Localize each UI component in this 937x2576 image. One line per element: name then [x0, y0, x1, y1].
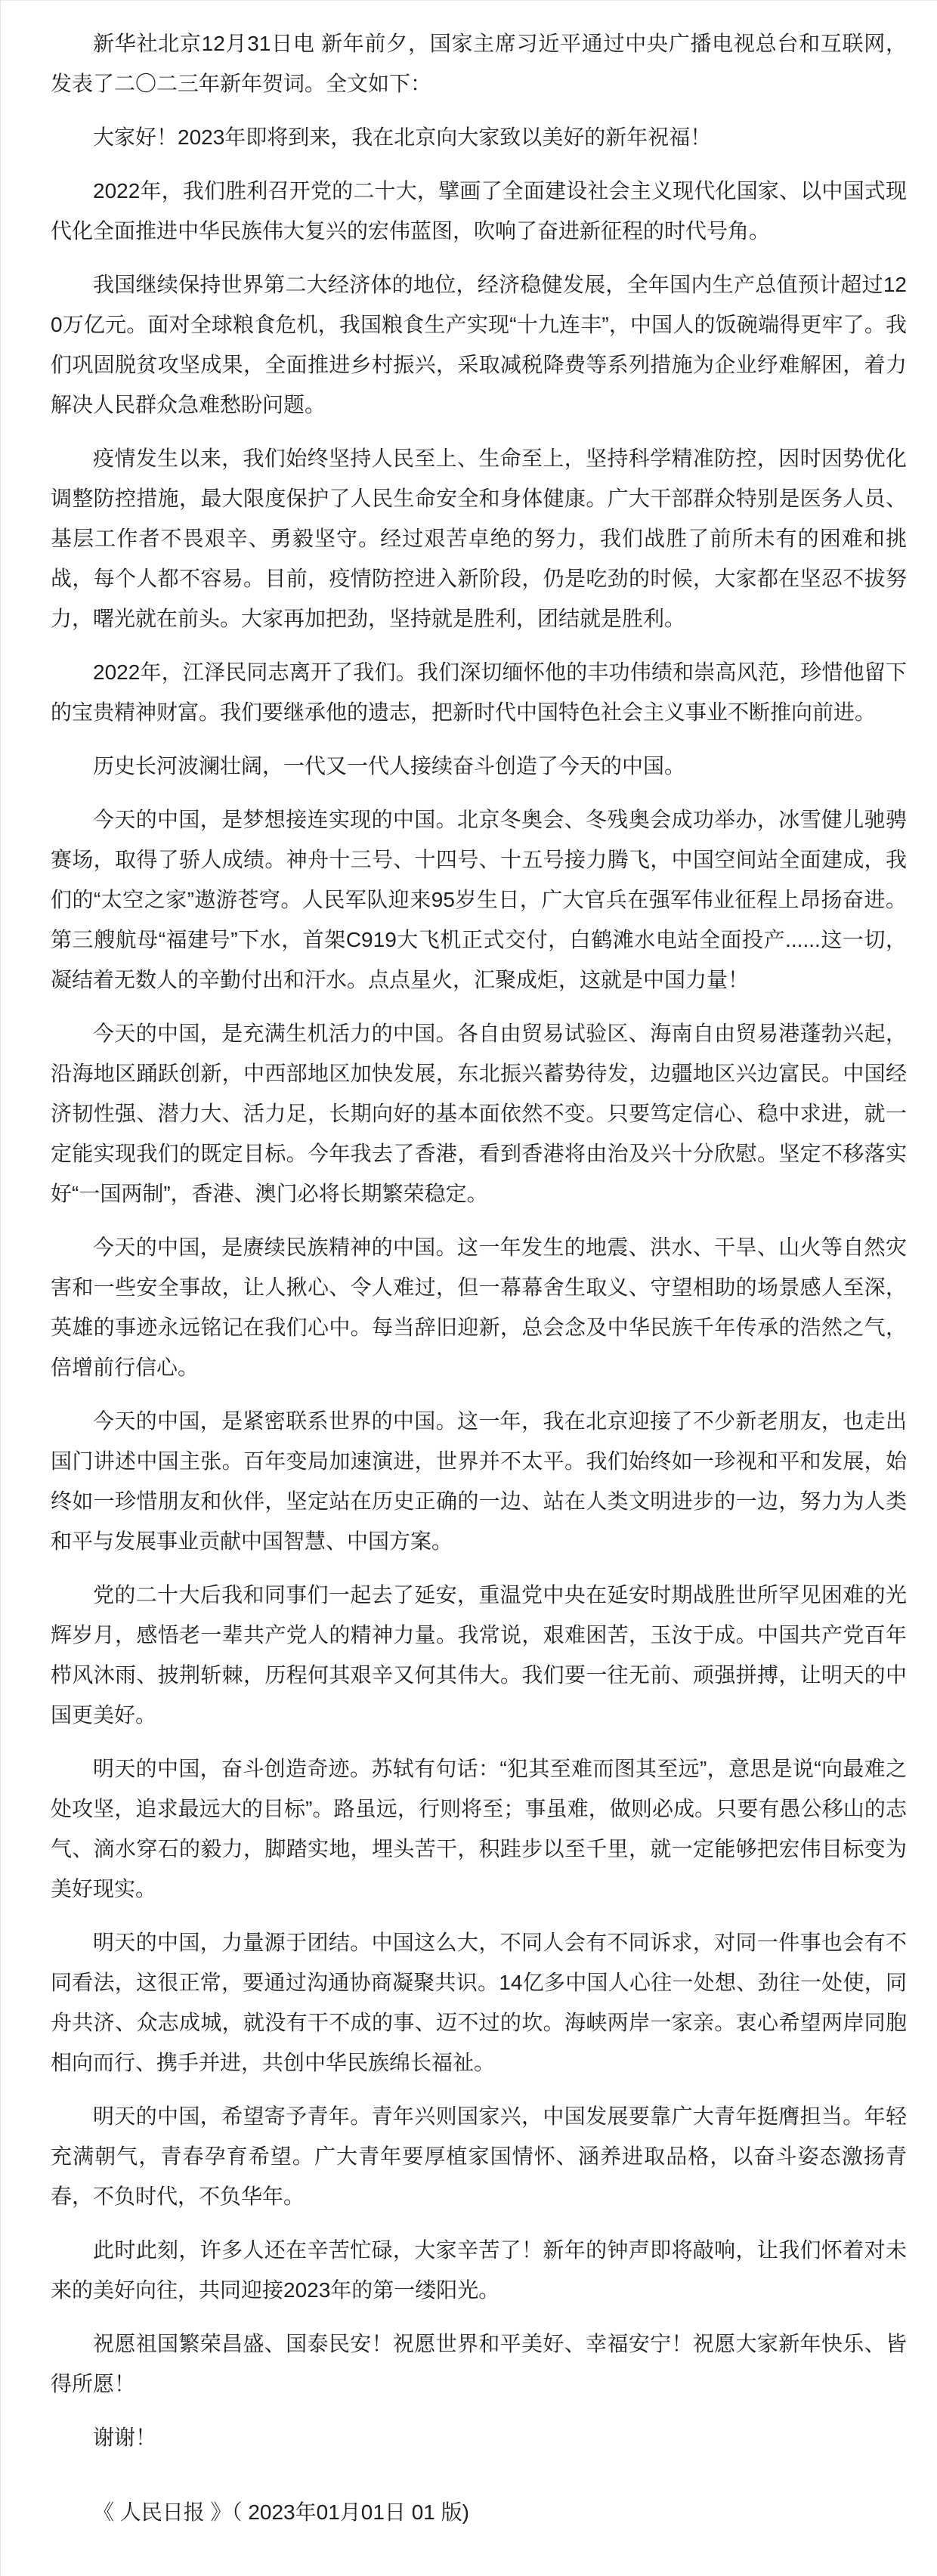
paragraph: 2022年，江泽民同志离开了我们。我们深切缅怀他的丰功伟绩和崇高风范，珍惜他留下…: [51, 652, 907, 732]
article-body: 新华社北京12月31日电 新年前夕，国家主席习近平通过中央广播电视总台和互联网，…: [51, 23, 907, 2532]
paragraph: 我国继续保持世界第二大经济体的地位，经济稳健发展，全年国内生产总值预计超过120…: [51, 264, 907, 425]
paragraph: 明天的中国，力量源于团结。中国这么大，不同人会有不同诉求，对同一件事也会有不同看…: [51, 1922, 907, 2083]
paragraph-dateline: 新华社北京12月31日电 新年前夕，国家主席习近平通过中央广播电视总台和互联网，…: [51, 23, 907, 104]
paragraph: 2022年，我们胜利召开党的二十大，擘画了全面建设社会主义现代化国家、以中国式现…: [51, 171, 907, 251]
paragraph-thanks: 谢谢！: [51, 2417, 907, 2457]
paragraph: 今天的中国，是赓续民族精神的中国。这一年发生的地震、洪水、干旱、山火等自然灾害和…: [51, 1227, 907, 1387]
paragraph: 疫情发生以来，我们始终坚持人民至上、生命至上，坚持科学精准防控，因时因势优化调整…: [51, 438, 907, 639]
paragraph: 今天的中国，是梦想接连实现的中国。北京冬奥会、冬残奥会成功举办，冰雪健儿驰骋赛场…: [51, 799, 907, 1000]
paragraph: 祝愿祖国繁荣昌盛、国泰民安！祝愿世界和平美好、幸福安宁！祝愿大家新年快乐、皆得所…: [51, 2324, 907, 2404]
paragraph: 明天的中国，希望寄予青年。青年兴则国家兴，中国发展要靠广大青年挺膺担当。年轻充满…: [51, 2096, 907, 2216]
paragraph: 此时此刻，许多人还在辛苦忙碌，大家辛苦了！新年的钟声即将敲响，让我们怀着对未来的…: [51, 2230, 907, 2310]
article-page: 新华社北京12月31日电 新年前夕，国家主席习近平通过中央广播电视总台和互联网，…: [0, 0, 937, 2576]
paragraph: 今天的中国，是充满生机活力的中国。各自由贸易试验区、海南自由贸易港蓬勃兴起，沿海…: [51, 1013, 907, 1214]
paragraph: 党的二十大后我和同事们一起去了延安，重温党中央在延安时期战胜世所罕见困难的光辉岁…: [51, 1575, 907, 1735]
paragraph: 大家好！2023年即将到来，我在北京向大家致以美好的新年祝福！: [51, 117, 907, 157]
paragraph: 今天的中国，是紧密联系世界的中国。这一年，我在北京迎接了不少新老朋友，也走出国门…: [51, 1401, 907, 1561]
source-citation: 《 人民日报 》（ 2023年01月01日 01 版): [51, 2492, 907, 2532]
paragraph: 明天的中国，奋斗创造奇迹。苏轼有句话：“犯其至难而图其至远”，意思是说“向最难之…: [51, 1749, 907, 1909]
paragraph: 历史长河波澜壮阔，一代又一代人接续奋斗创造了今天的中国。: [51, 746, 907, 786]
